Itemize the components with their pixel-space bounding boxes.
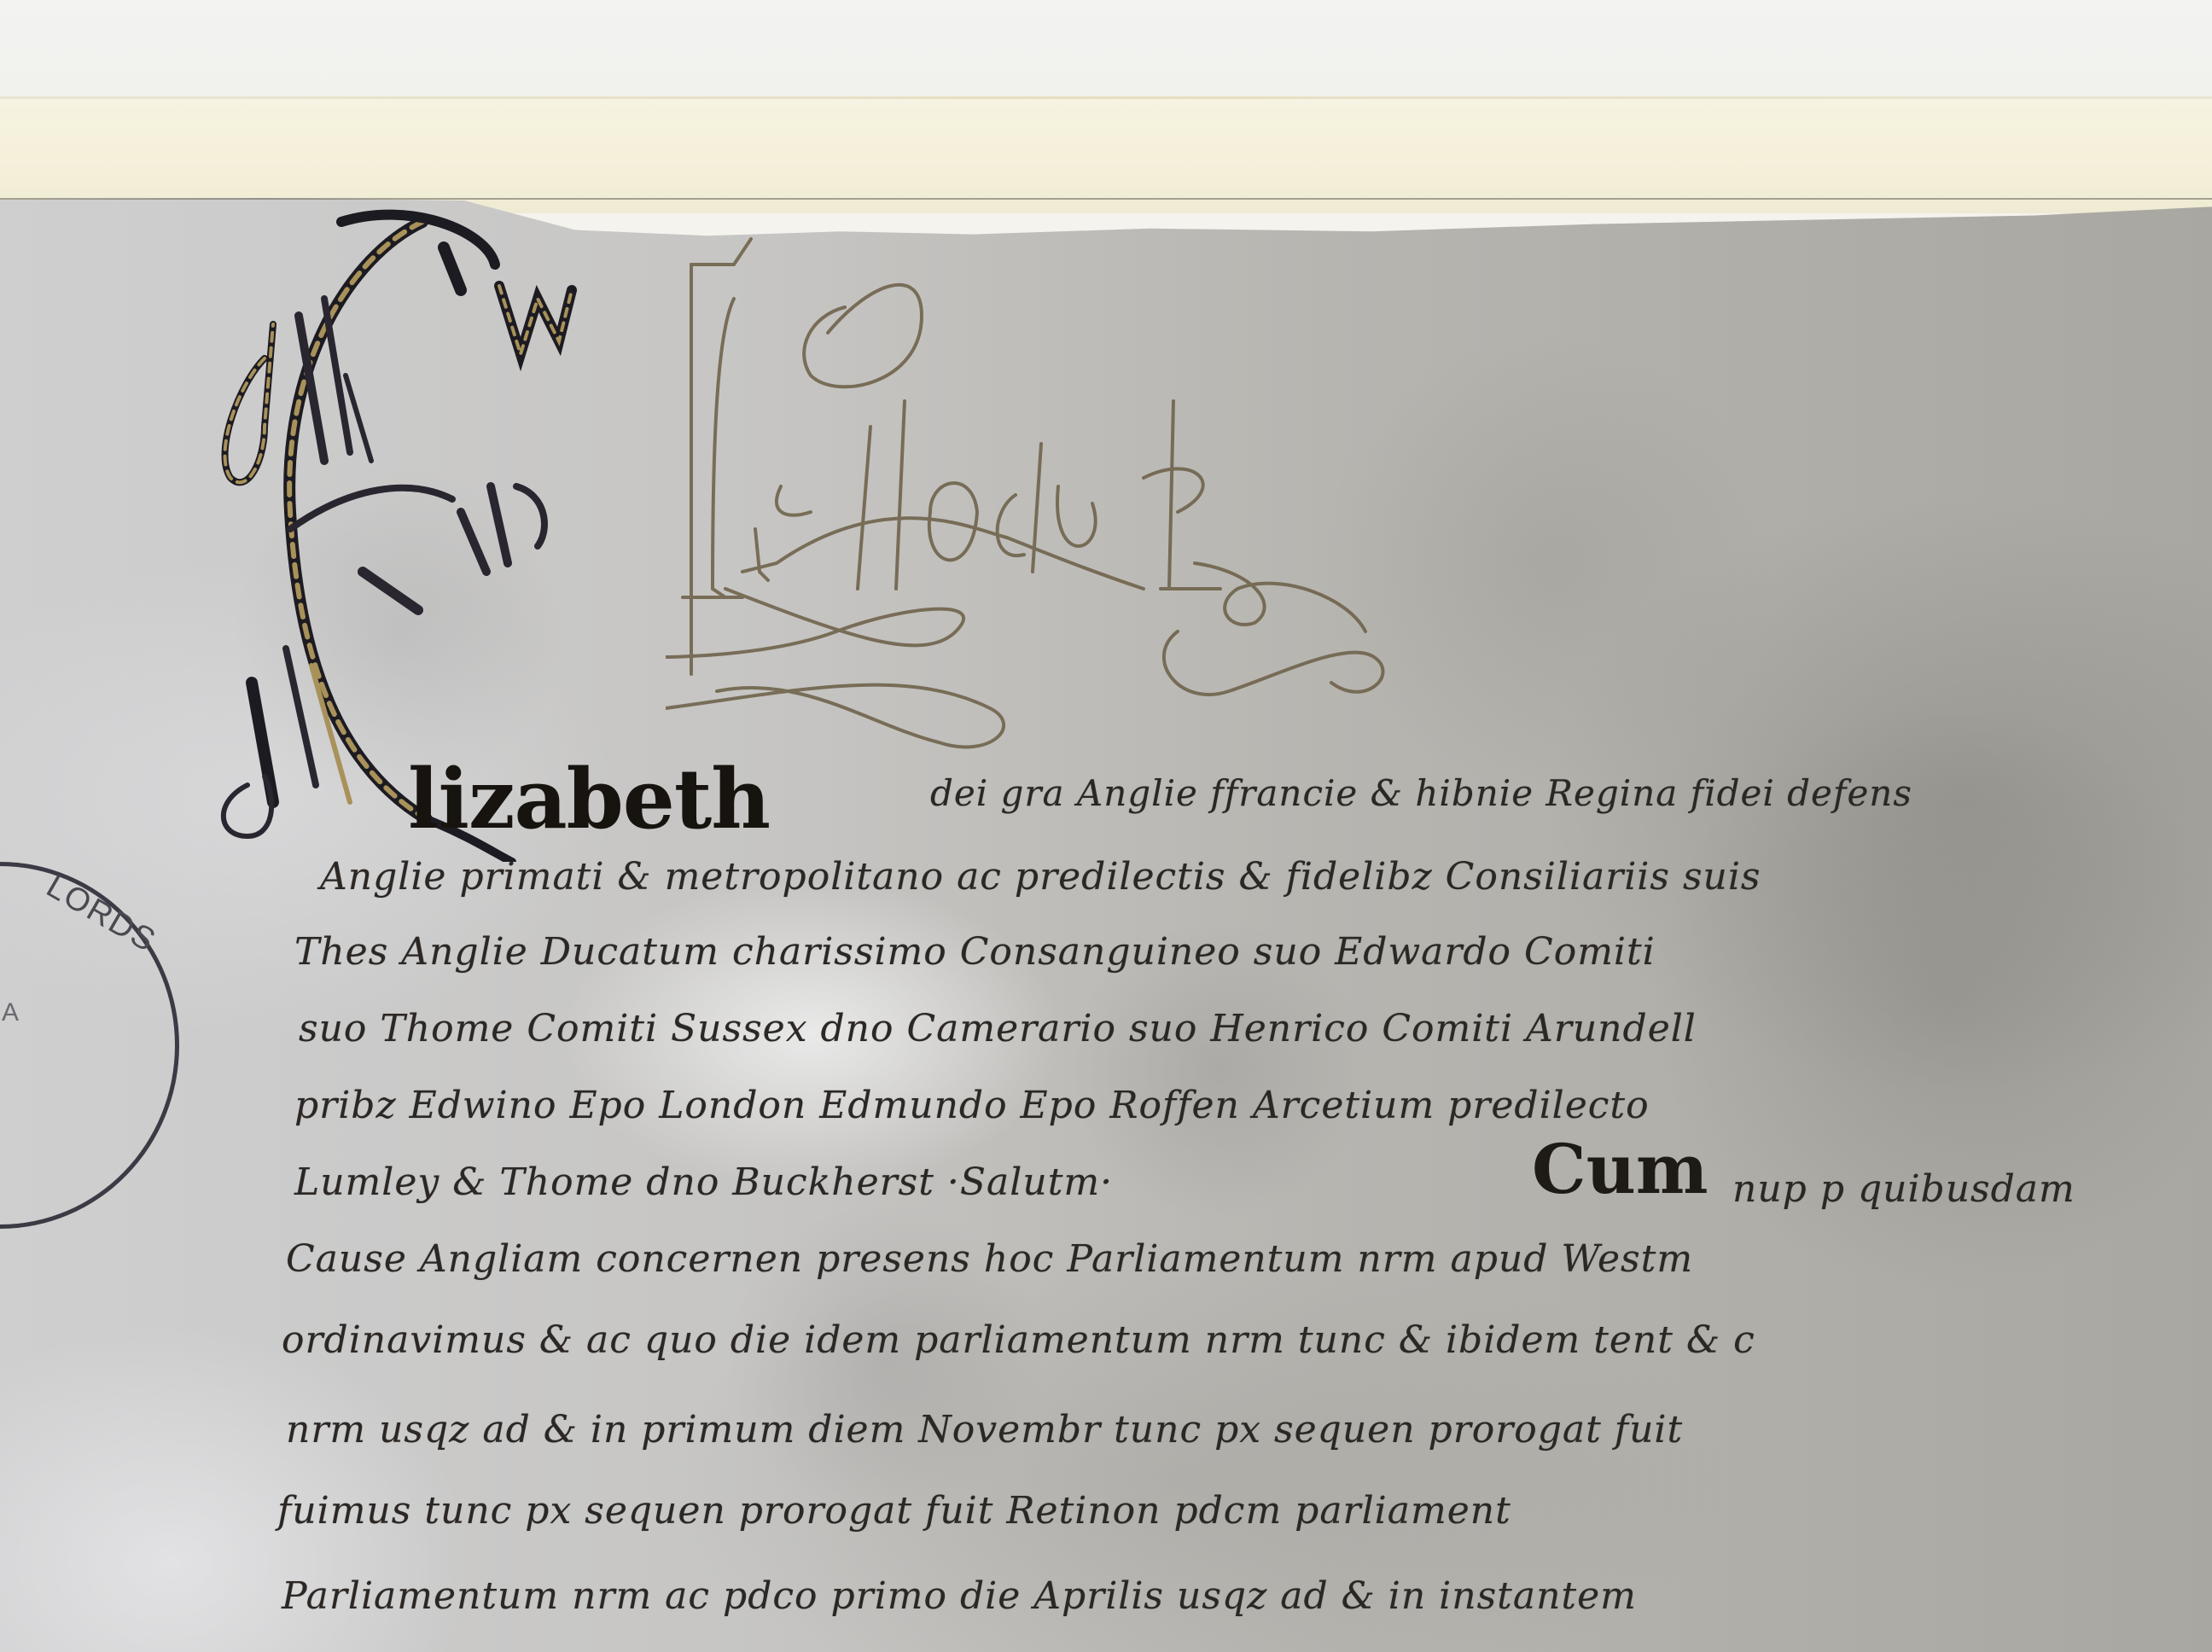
text-line-4: suo Thome Comiti Sussex dno Camerario su… [299, 1007, 1697, 1050]
text-line-3: Thes Anglie Ducatum charissimo Consangui… [294, 930, 1656, 974]
emphasis-word-cum: Cum [1532, 1129, 1708, 1209]
mount-fold-line [0, 96, 2212, 99]
mount-board [0, 0, 2212, 213]
text-line-2: Anglie primati & metropolitano ac predil… [320, 855, 1761, 899]
text-line-6-continued: nup p quibusdam [1732, 1167, 2075, 1211]
text-line-11: Parliamentum nrm ac pdco primo die April… [282, 1574, 1637, 1618]
stamp-partial-letter: A [2, 998, 20, 1027]
royal-signature-icon [666, 230, 1877, 759]
text-line-1: dei gra Anglie ffrancie & hibnie Regina … [930, 772, 1912, 814]
text-line-10: fuimus tunc px sequen prorogat fuit Reti… [277, 1489, 1511, 1533]
heading-name-text: lizabeth [408, 751, 770, 847]
text-line-6: Lumley & Thome dno Buckherst ·Salutm· [294, 1160, 1113, 1204]
text-line-9: nrm usqz ad & in primum diem Novembr tun… [286, 1408, 1683, 1451]
text-line-5: pribz Edwino Epo London Edmundo Epo Roff… [294, 1084, 1650, 1127]
text-line-8: ordinavimus & ac quo die idem parliament… [282, 1318, 1755, 1362]
text-line-7: Cause Angliam concernen presens hoc Parl… [286, 1237, 1693, 1281]
document-heading-name: lizabeth [408, 751, 770, 847]
